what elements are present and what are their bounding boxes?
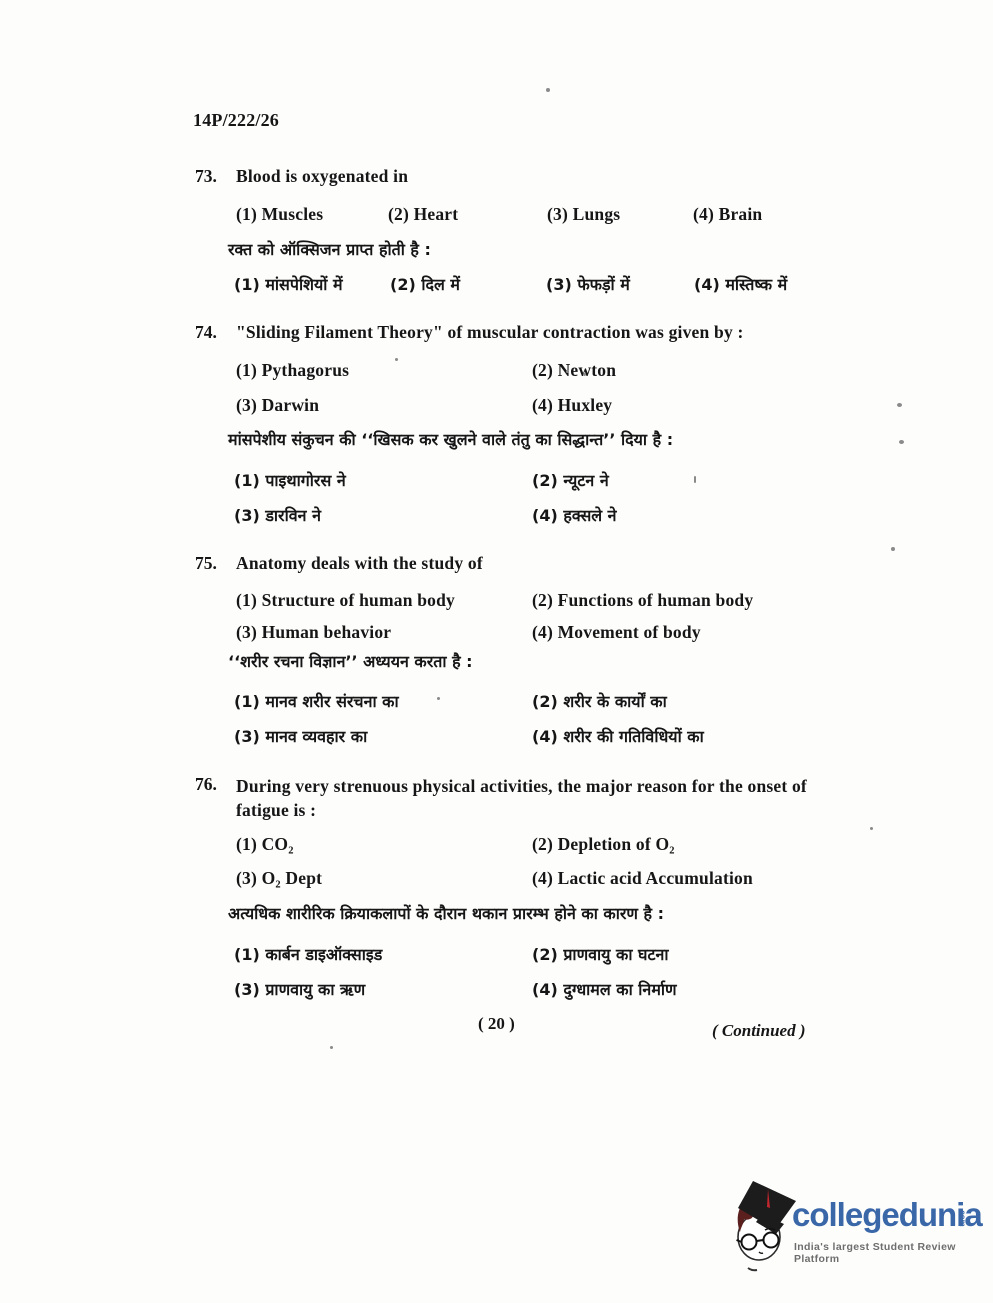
- question-75-text-en: Anatomy deals with the study of: [236, 553, 483, 574]
- question-73-option-hi-2: (2) दिल में: [390, 273, 460, 295]
- scan-speck: [583, 373, 586, 376]
- scan-speck: [897, 403, 902, 407]
- scan-speck: [870, 827, 873, 830]
- question-76-text-en: During very strenuous physical activitie…: [236, 774, 826, 822]
- continued-label: ( Continued ): [712, 1021, 806, 1041]
- scan-speck: [566, 370, 569, 373]
- question-75-option-hi-2: (2) शरीर के कार्यों का: [532, 690, 667, 712]
- question-76-option-hi-2: (2) प्राणवायु का घटना: [532, 943, 669, 965]
- collegedunia-tagline: India's largest Student Review Platform: [794, 1241, 990, 1265]
- collegedunia-mascot-icon: [732, 1180, 798, 1275]
- question-73-option-en-2: (2) Heart: [388, 204, 458, 225]
- question-75-option-en-4: (4) Movement of body: [532, 622, 701, 643]
- question-73-option-hi-3: (3) फेफड़ों में: [546, 273, 630, 295]
- question-75-option-en-3: (3) Human behavior: [236, 622, 391, 643]
- collegedunia-logo: collegedunia .com India's largest Studen…: [728, 1180, 990, 1275]
- scan-speck: [395, 358, 398, 361]
- question-74-option-en-2: (2) Newton: [532, 360, 616, 381]
- question-76-option-en-3: (3) O₂ Dept: [236, 868, 322, 889]
- question-76-option-en-1: (1) CO₂: [236, 834, 294, 855]
- question-73-option-en-4: (4) Brain: [693, 204, 762, 225]
- question-74-option-hi-1: (1) पाइथागोरस ने: [234, 469, 346, 491]
- question-76-option-hi-4: (4) दुग्धामल का निर्माण: [532, 978, 677, 1000]
- question-74-option-en-4: (4) Huxley: [532, 395, 612, 416]
- question-76-option-hi-1: (1) कार्बन डाइऑक्साइड: [234, 943, 382, 965]
- scan-speck: [891, 547, 895, 551]
- scan-speck: [546, 88, 550, 92]
- question-75-text-hi: ‘‘शरीर रचना विज्ञान’’ अध्ययन करता है :: [228, 650, 473, 672]
- question-75-option-hi-1: (1) मानव शरीर संरचना का: [234, 690, 399, 712]
- page-number: ( 20 ): [478, 1014, 515, 1034]
- question-73-option-en-1: (1) Muscles: [236, 204, 323, 225]
- scan-speck: [694, 476, 696, 483]
- question-75-option-hi-4: (4) शरीर की गतिविधियों का: [532, 725, 704, 747]
- question-75-option-en-1: (1) Structure of human body: [236, 590, 455, 611]
- scan-speck: [899, 440, 904, 444]
- collegedunia-tld: .com: [958, 1208, 967, 1227]
- scan-speck: [437, 697, 440, 700]
- scan-speck: [330, 1046, 333, 1049]
- question-73-option-hi-4: (4) मस्तिष्क में: [694, 273, 787, 295]
- question-74-text-hi: मांसपेशीय संकुचन की ‘‘खिसक कर खुलने वाले…: [228, 428, 673, 450]
- question-75-number: 75.: [195, 553, 217, 574]
- question-76-text-hi: अत्यधिक शारीरिक क्रियाकलापों के दौरान थक…: [228, 902, 664, 924]
- question-73-number: 73.: [195, 166, 217, 187]
- question-75-option-en-2: (2) Functions of human body: [532, 590, 753, 611]
- question-73-option-hi-1: (1) मांसपेशियों में: [234, 273, 343, 295]
- question-74-option-hi-2: (2) न्यूटन ने: [532, 469, 609, 491]
- question-73-text-en: Blood is oxygenated in: [236, 166, 408, 187]
- question-74-option-en-3: (3) Darwin: [236, 395, 319, 416]
- question-73-text-hi: रक्त को ऑक्सिजन प्राप्त होती है :: [228, 238, 431, 260]
- question-74-text-en: "Sliding Filament Theory" of muscular co…: [236, 322, 744, 343]
- exam-paper-page: 14P/222/26 73. Blood is oxygenated in (1…: [0, 0, 993, 1303]
- paper-code: 14P/222/26: [193, 110, 279, 131]
- question-76-option-hi-3: (3) प्राणवायु का ऋण: [234, 978, 365, 1000]
- question-75-option-hi-3: (3) मानव व्यवहार का: [234, 725, 367, 747]
- collegedunia-wordmark: collegedunia: [792, 1196, 982, 1234]
- question-74-option-hi-4: (4) हक्सले ने: [532, 504, 617, 526]
- question-76-option-en-2: (2) Depletion of O₂: [532, 834, 675, 855]
- question-76-option-en-4: (4) Lactic acid Accumulation: [532, 868, 753, 889]
- question-74-option-hi-3: (3) डारविन ने: [234, 504, 321, 526]
- question-74-option-en-1: (1) Pythagorus: [236, 360, 349, 381]
- question-76-number: 76.: [195, 774, 217, 795]
- question-73-option-en-3: (3) Lungs: [547, 204, 620, 225]
- question-74-number: 74.: [195, 322, 217, 343]
